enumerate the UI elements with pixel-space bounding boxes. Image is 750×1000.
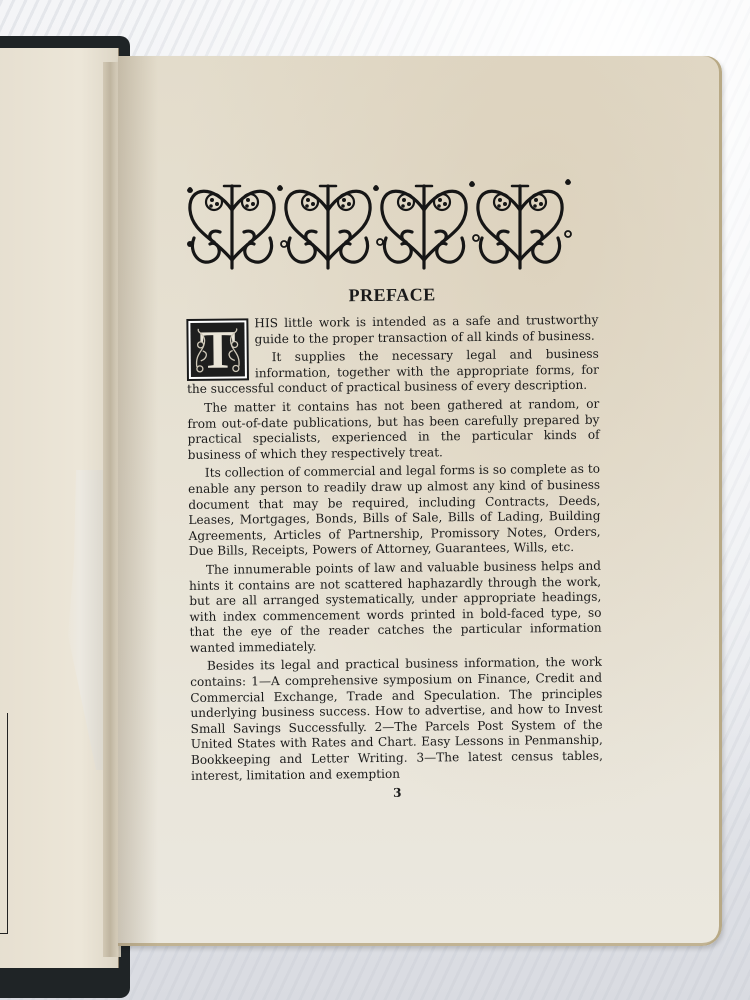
drop-cap-ornament-icon: T: [190, 322, 245, 377]
paragraph-6: Besides its legal and practical business…: [190, 655, 603, 784]
page-text-block: PREFACE T HIS little work is intended as…: [186, 282, 603, 804]
page-gutter-shadow: [118, 56, 158, 946]
paragraph-4: Its collection of commercial and legal f…: [188, 462, 601, 560]
ornament-scrollwork-icon: [184, 176, 574, 272]
paragraph-3: The matter it contains has not been gath…: [187, 397, 600, 464]
page-title: PREFACE: [186, 282, 598, 308]
drop-cap-box: T: [186, 318, 249, 381]
paragraph-5: The innumerable points of law and valuab…: [189, 559, 602, 657]
left-page-frame-border: [0, 713, 8, 934]
intro-paragraph-block: T HIS little work is intended as a safe …: [186, 313, 599, 398]
